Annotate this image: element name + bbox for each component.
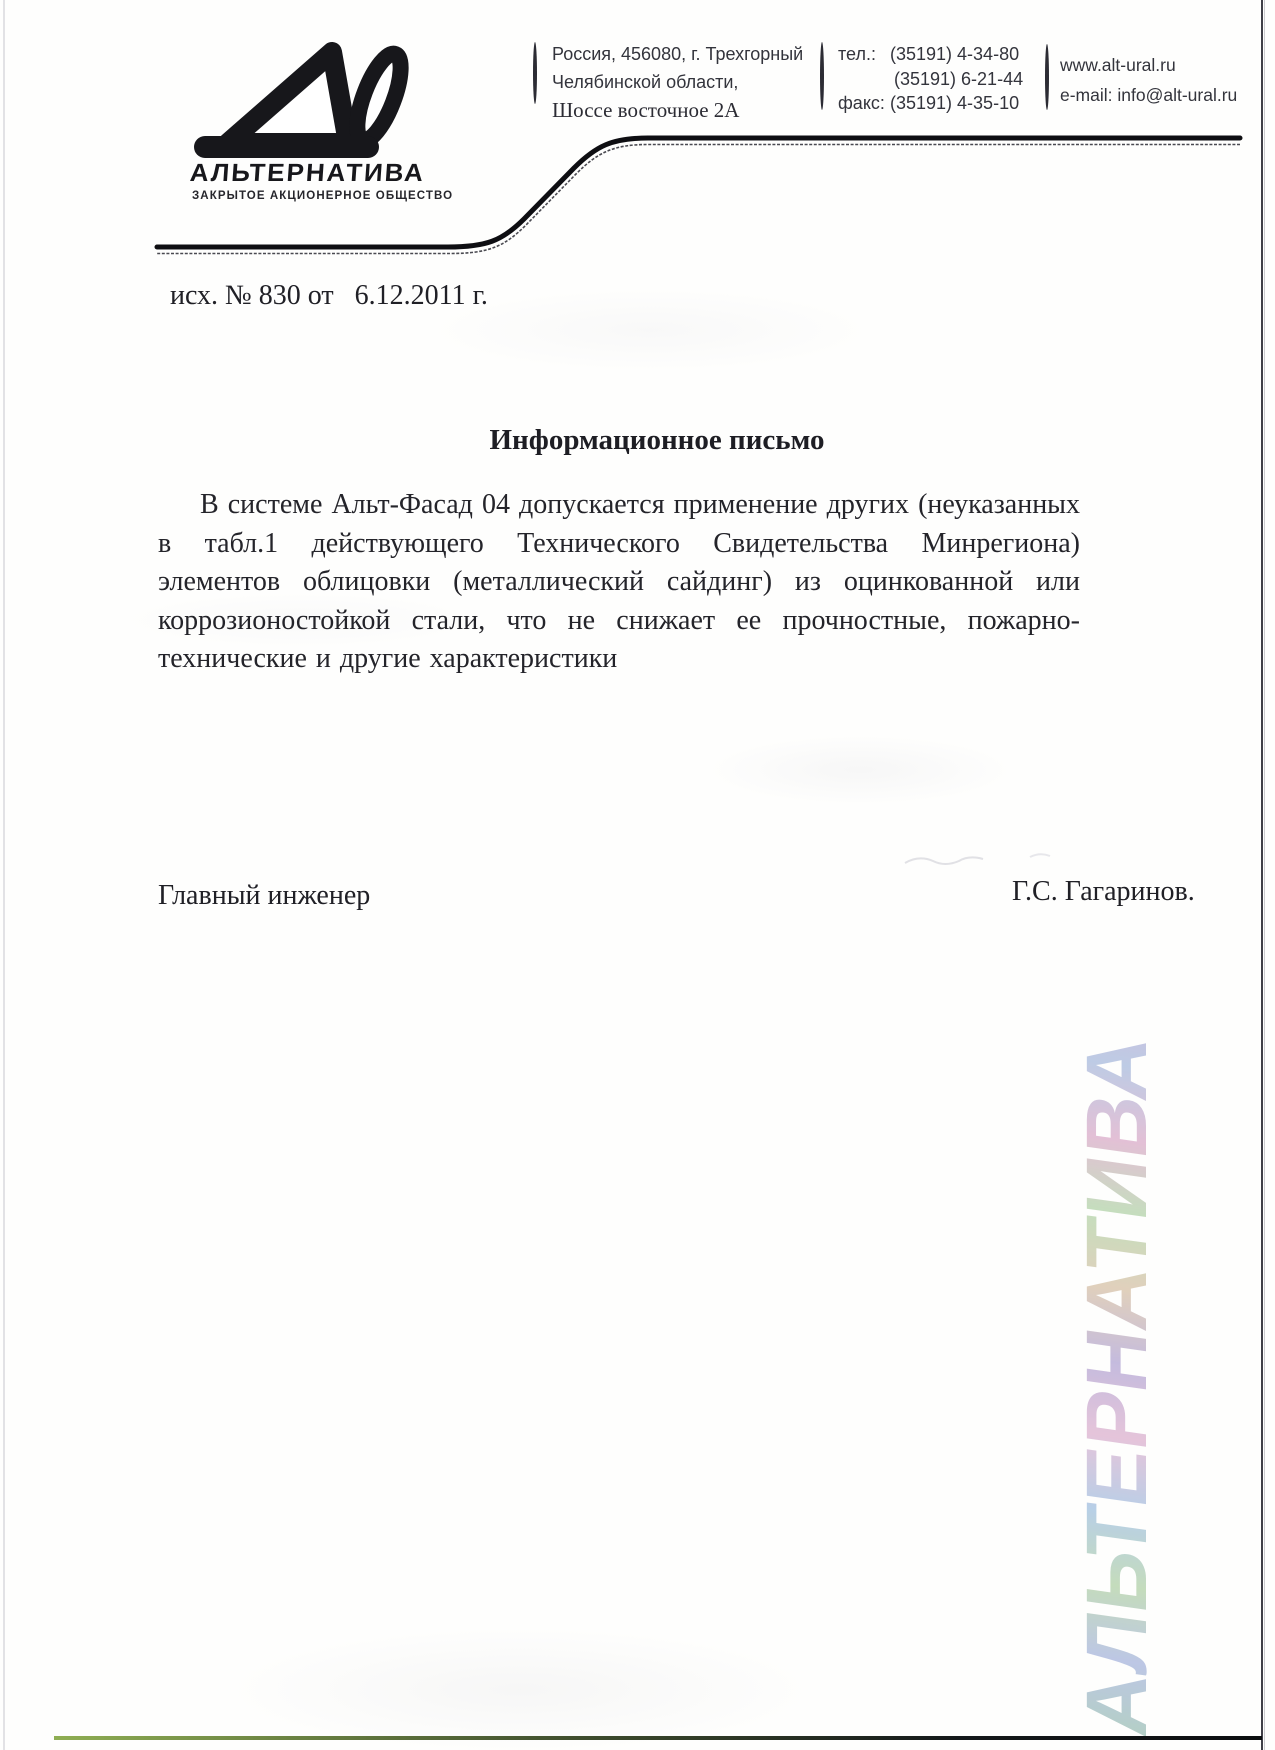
outgoing-reference: исх. № 830 от 6.12.2011 г. bbox=[170, 280, 488, 312]
scanned-letter-page: АЛЬТЕРНАТИВА ЗАКРЫТОЕ АКЦИОНЕРНОЕ ОБЩЕСТ… bbox=[0, 0, 1275, 1750]
letter-title: Информационное письмо bbox=[196, 424, 1118, 457]
signature-name: Г.С. Гагаринов. bbox=[1012, 876, 1195, 908]
watermark-logo-text: АЛЬТЕРНАТИВА bbox=[1068, 915, 1186, 1742]
scan-edge-bottom bbox=[54, 1736, 1262, 1740]
letterhead-swoosh-divider bbox=[0, 0, 1275, 280]
letter-body: В системе Альт-Фасад 04 допускается прим… bbox=[158, 486, 1080, 679]
scan-edge-left bbox=[3, 0, 5, 1750]
scan-edge-right-light bbox=[1264, 0, 1265, 1750]
watermark-word: АЛЬТЕРНАТИВА bbox=[1068, 901, 1167, 1742]
scan-smudge bbox=[880, 845, 1080, 880]
scan-edge-right bbox=[1261, 0, 1263, 1750]
signature-role: Главный инженер bbox=[158, 880, 370, 912]
